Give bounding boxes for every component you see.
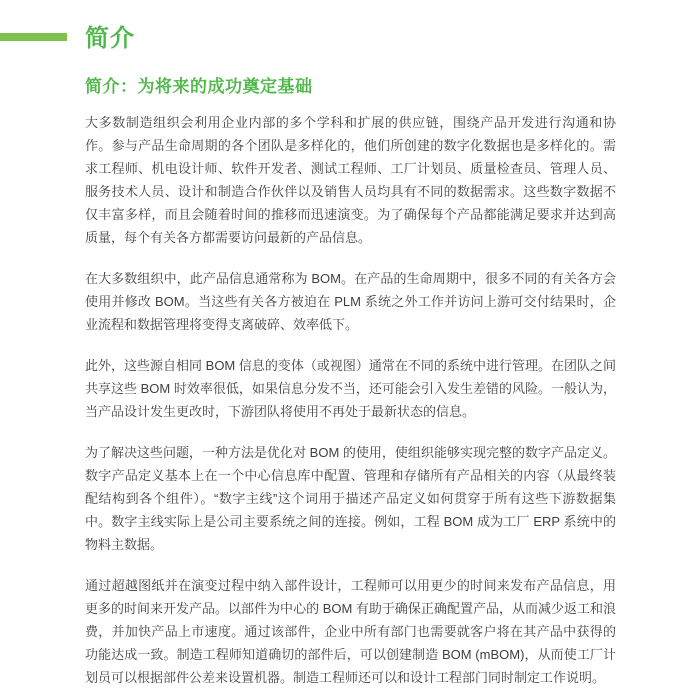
section-subtitle: 简介：为将来的成功奠定基础 [85,76,313,98]
body-text: 大多数制造组织会利用企业内部的多个学科和扩展的供应链，围绕产品开发进行沟通和协作… [85,111,616,689]
paragraph: 通过超越图纸并在演变过程中纳入部件设计，工程师可以用更少的时间来发布产品信息，用… [85,574,616,689]
document-page: 简介 简介：为将来的成功奠定基础 大多数制造组织会利用企业内部的多个学科和扩展的… [0,0,700,695]
paragraph: 此外，这些源自相同 BOM 信息的变体（或视图）通常在不同的系统中进行管理。在团… [85,354,616,423]
paragraph: 为了解决这些问题，一种方法是优化对 BOM 的使用，使组织能够实现完整的数字产品… [85,441,616,556]
page-title: 简介 [85,24,135,54]
accent-bar [0,33,67,41]
paragraph: 在大多数组织中，此产品信息通常称为 BOM。在产品的生命周期中，很多不同的有关各… [85,267,616,336]
paragraph: 大多数制造组织会利用企业内部的多个学科和扩展的供应链，围绕产品开发进行沟通和协作… [85,111,616,249]
